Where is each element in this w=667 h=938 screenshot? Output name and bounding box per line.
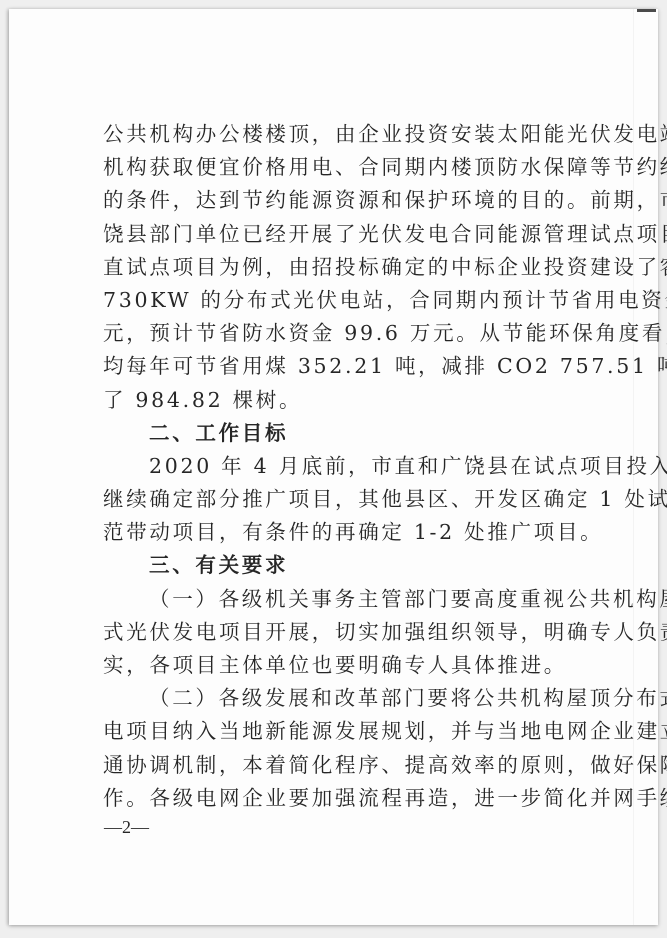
intro-paragraph: 公共机构办公楼楼顶，由企业投资安装太阳能光伏发电站，公共 机构获取便宜价格用电、… [103,118,585,417]
text-line: 电项目纳入当地新能源发展规划，并与当地电网企业建立高效沟 [103,715,585,748]
text-line: 元，预计节省防水资金 99.6 万元。从节能环保角度看，项目平 [103,317,585,350]
text-line: 均每年可节省用煤 352.21 吨，减排 CO2 757.51 吨，相当于种植 [103,350,585,383]
page-edge-mark [637,9,656,12]
section-heading: 三、有关要求 [103,549,585,582]
text-line: 继续确定部分推广项目，其他县区、开发区确定 1 处试点作为示 [103,483,585,516]
text-line: （二）各级发展和改革部门要将公共机构屋顶分布式光伏发 [103,682,585,715]
text-line: 了 984.82 棵树。 [103,384,585,417]
text-line: 直试点项目为例，由招投标确定的中标企业投资建设了容量 [103,251,585,284]
text-line: 实，各项目主体单位也要明确专人具体推进。 [103,649,585,682]
page-number: —2— [104,817,149,838]
requirement-item-2: （二）各级发展和改革部门要将公共机构屋顶分布式光伏发 电项目纳入当地新能源发展规… [103,682,585,815]
text-line: 通协调机制，本着简化程序、提高效率的原则，做好保障服务工 [103,749,585,782]
section-heading: 二、工作目标 [103,417,585,450]
text-line: 的条件，达到节约能源资源和保护环境的目的。前期，市直和广 [103,184,585,217]
text-line: 饶县部门单位已经开展了光伏发电合同能源管理试点项目。以市 [103,218,585,251]
text-line: 范带动项目，有条件的再确定 1-2 处推广项目。 [103,516,585,549]
text-line: 2020 年 4 月底前，市直和广饶县在试点项目投入运行后， [103,450,585,483]
text-line: 公共机构办公楼楼顶，由企业投资安装太阳能光伏发电站，公共 [103,118,585,151]
section-work-goals: 二、工作目标 2020 年 4 月底前，市直和广饶县在试点项目投入运行后， 继续… [103,417,585,550]
text-line: （一）各级机关事务主管部门要高度重视公共机构屋顶分布 [103,583,585,616]
text-line: 机构获取便宜价格用电、合同期内楼顶防水保障等节约经费开支 [103,151,585,184]
text-line: 式光伏发电项目开展，切实加强组织领导，明确专人负责具体落 [103,616,585,649]
text-line: 作。各级电网企业要加强流程再造，进一步简化并网手续，为项 [103,782,585,815]
text-line: 730KW 的分布式光伏电站，合同期内预计节省用电资金 136 万 [103,284,585,317]
requirement-item-1: （一）各级机关事务主管部门要高度重视公共机构屋顶分布 式光伏发电项目开展，切实加… [103,583,585,683]
section-requirements: 三、有关要求 （一）各级机关事务主管部门要高度重视公共机构屋顶分布 式光伏发电项… [103,549,585,815]
document-body: 公共机构办公楼楼顶，由企业投资安装太阳能光伏发电站，公共 机构获取便宜价格用电、… [103,118,585,815]
